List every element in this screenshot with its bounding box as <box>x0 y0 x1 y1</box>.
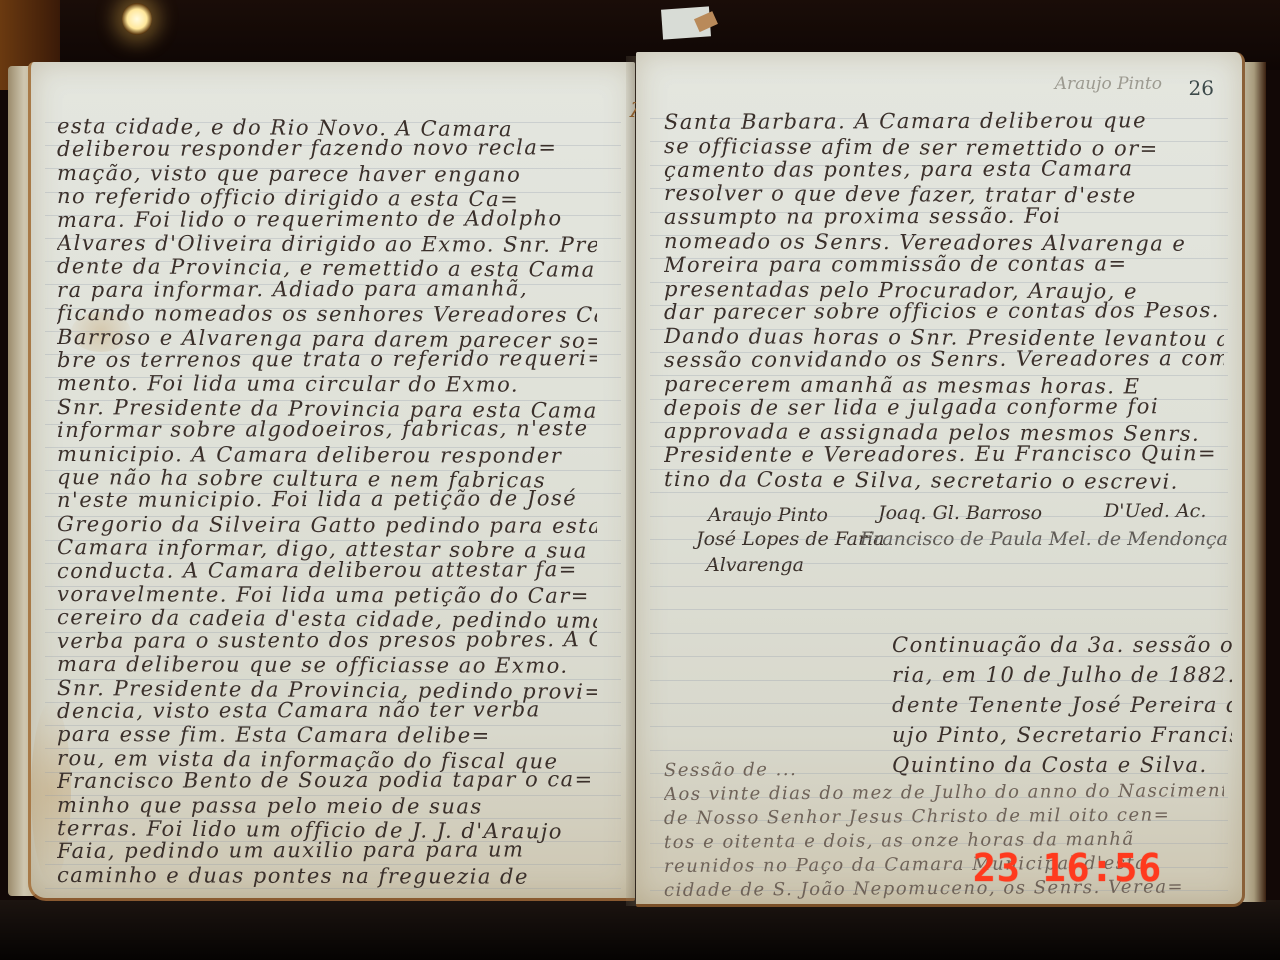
ruled-line <box>650 750 1228 751</box>
handwritten-line-faint: Aos vinte dias do mez de Julho do anno d… <box>664 780 1224 805</box>
handwritten-line: verba para o sustento dos presos pobres.… <box>57 627 597 653</box>
pencil-annotation: Araujo Pinto <box>1055 74 1162 94</box>
handwritten-line: Faia, pedindo um auxilio para para um <box>57 838 597 864</box>
handwritten-line: mação, visto que parece haver engano <box>57 161 597 187</box>
handwritten-line-faint: de Nosso Senhor Jesus Christo de mil oit… <box>664 804 1224 829</box>
handwritten-line: Alvares d'Oliveira dirigido ao Exmo. Snr… <box>57 231 597 257</box>
ruled-line <box>650 633 1228 634</box>
heading-line: dente Tenente José Pereira d'Abra= <box>892 690 1232 720</box>
handwritten-line: Gregorio da Silveira Gatto pedindo para … <box>57 512 597 538</box>
ruled-line <box>650 539 1228 540</box>
handwritten-line: para esse fim. Esta Camara delibe= <box>57 722 597 748</box>
handwritten-line: depois de ser lida e julgada conforme fo… <box>664 394 1224 420</box>
ruled-line <box>650 726 1228 727</box>
handwritten-line: n'este municipio. Foi lida a petição de … <box>57 487 597 513</box>
ruled-line <box>650 586 1228 587</box>
handwritten-line: Moreira para commissão de contas a= <box>664 251 1224 277</box>
handwritten-line: çamento das pontes, para esta Camara <box>664 156 1224 182</box>
handwritten-line: dencia, visto esta Camara não ter verba <box>57 697 597 723</box>
right-page: Araujo Pinto 26 Araujo Pinto Joaq. Gl. B… <box>636 52 1245 907</box>
ruled-line <box>650 703 1228 704</box>
heading-line: ujo Pinto, Secretario Francisco <box>892 720 1232 750</box>
page-number: 26 <box>1189 76 1214 100</box>
handwritten-line: Francisco Bento de Souza podia tapar o c… <box>57 767 597 793</box>
handwritten-line: bre os terrenos que trata o referido req… <box>57 346 597 372</box>
handwritten-line: tino da Costa e Silva, secretario o escr… <box>664 467 1224 494</box>
handwritten-line: Santa Barbara. A Camara deliberou que <box>664 108 1224 134</box>
ruled-line <box>650 563 1228 564</box>
handwritten-line: voravelmente. Foi lida uma petição do Ca… <box>57 582 597 608</box>
signature: Alvarenga <box>706 554 804 576</box>
handwritten-line: deliberou responder fazendo novo recla= <box>57 136 597 162</box>
handwritten-line: informar sobre algodoeiros, fabricas, n'… <box>57 416 597 442</box>
heading-line: ria, em 10 de Julho de 1882. Presi= <box>892 660 1232 690</box>
camera-timestamp: 2316:56 <box>973 846 1162 890</box>
ruled-line <box>650 609 1228 610</box>
signature: D'Ued. Ac. <box>1104 500 1206 522</box>
paper-scrap <box>661 6 711 39</box>
handwritten-line: mara. Foi lido o requerimento de Adolpho <box>57 206 597 232</box>
handwritten-line: mento. Foi lida uma circular do Exmo. <box>57 371 597 397</box>
handwritten-line: sessão convidando os Senrs. Vereadores a… <box>664 346 1224 372</box>
left-page: esta cidade, e do Rio Novo. A Camaradeli… <box>28 62 635 901</box>
ruled-line <box>650 656 1228 657</box>
lamp-light <box>122 3 152 35</box>
table-surface <box>0 900 1280 960</box>
handwritten-line: municipio. A Camara deliberou responder <box>57 442 597 468</box>
handwritten-line: ra para informar. Adiado para amanhã, <box>57 276 597 302</box>
handwritten-line: ficando nomeados os senhores Vereadores … <box>57 301 597 327</box>
handwritten-line-faint: Sessão de ... <box>664 756 1224 781</box>
ruled-line <box>650 516 1228 517</box>
handwritten-line: dar parecer sobre officios e contas dos … <box>664 298 1224 324</box>
timestamp-day: 23 <box>973 846 1021 890</box>
ruled-line <box>650 680 1228 681</box>
timestamp-time: 16:56 <box>1043 846 1162 890</box>
handwritten-line: caminho e duas pontes na freguezia de <box>57 863 597 889</box>
handwritten-line: minho que passa pelo meio de suas <box>57 793 597 819</box>
handwritten-line: Presidente e Vereadores. Eu Francisco Qu… <box>664 441 1224 467</box>
signature: Joaq. Gl. Barroso <box>878 502 1042 524</box>
handwritten-line: assumpto na proxima sessão. Foi <box>664 203 1224 229</box>
handwritten-line: mara deliberou que se officiasse ao Exmo… <box>57 652 597 678</box>
handwritten-line: conducta. A Camara deliberou attestar fa… <box>57 557 597 583</box>
